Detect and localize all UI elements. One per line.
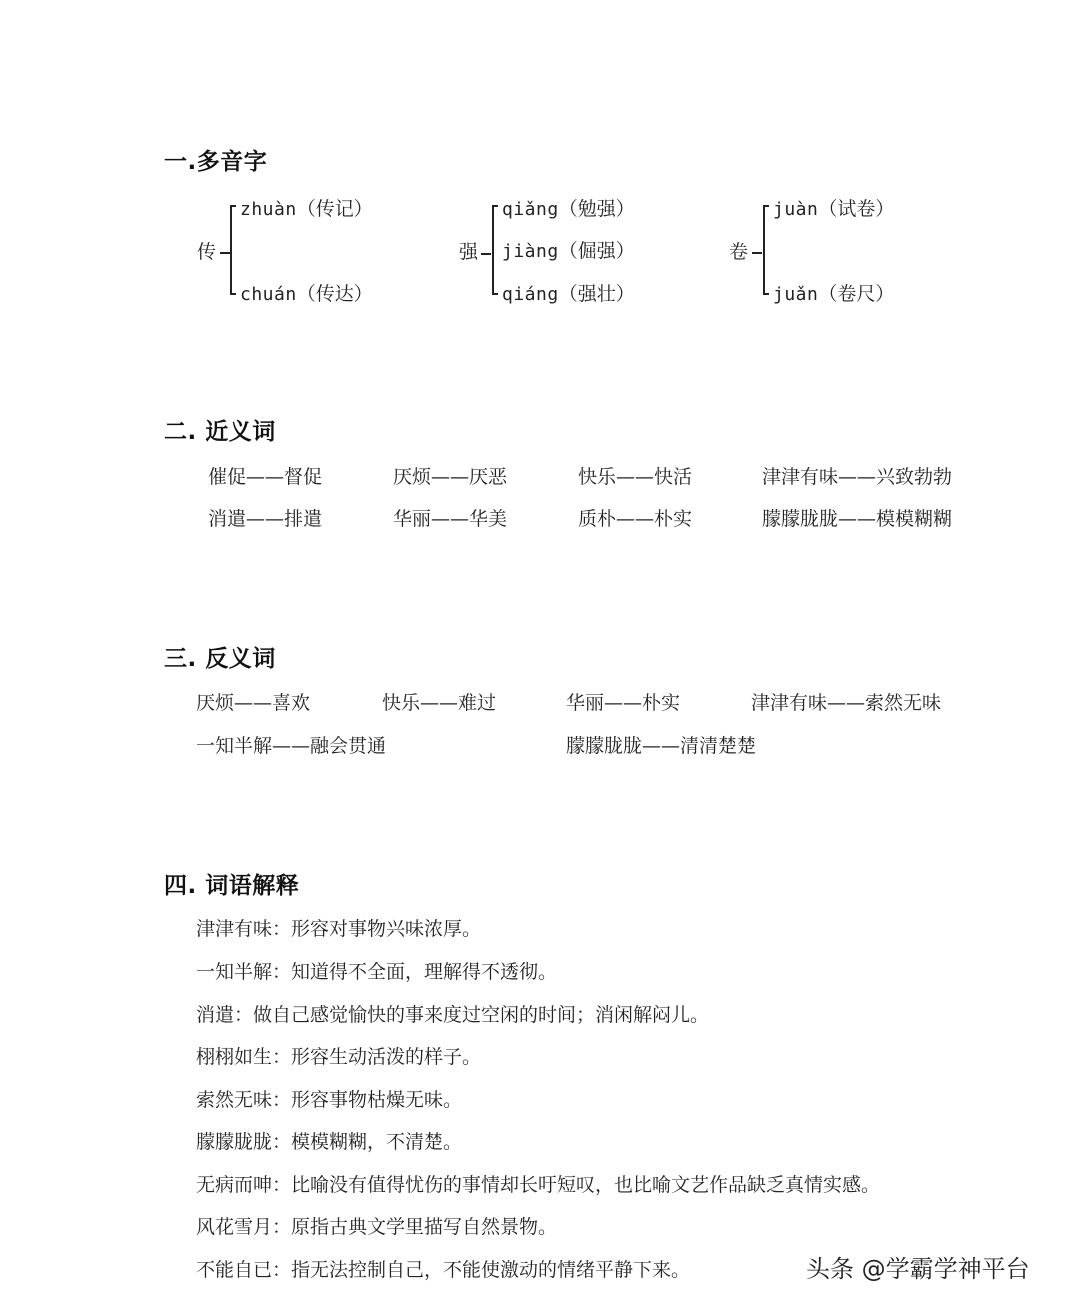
brace-bracket [492,205,500,295]
definition-item: 一知半解：知道得不全面，理解得不透彻。 [196,960,557,984]
synonym-pair: 质朴——朴实 [578,507,692,531]
brace-tick [230,293,236,295]
synonym-pair: 快乐——快活 [578,465,692,489]
brace-tick [230,205,236,207]
antonym-pair: 朦朦胧胧——清清楚楚 [566,734,756,758]
polyphone-char: 传 [197,240,216,264]
section-heading-antonyms: 三. 反义词 [164,640,276,673]
definition-item: 栩栩如生：形容生动活泼的样子。 [196,1045,481,1069]
brace-tick [763,205,769,207]
brace-tick [492,205,498,207]
polyphone-reading: zhuàn（传记） [240,197,373,222]
section-heading-definitions: 四. 词语解释 [164,867,299,900]
antonym-pair: 厌烦——喜欢 [196,691,310,715]
polyphone-reading: jiàng（倔强） [502,239,635,264]
antonym-pair: 津津有味——索然无味 [751,691,941,715]
polyphone-char: 卷 [729,240,748,264]
definition-item: 不能自已：指无法控制自己，不能使激动的情绪平静下来。 [196,1258,690,1282]
polyphone-reading: juàn（试卷） [773,197,894,222]
definition-item: 无病而呻：比喻没有值得忧伤的事情却长吁短叹，也比喻文艺作品缺乏真情实感。 [196,1173,880,1197]
brace-tick [763,293,769,295]
section-heading-polyphones: 一.多音字 [164,143,267,176]
polyphone-char: 强 [459,240,478,264]
polyphone-reading: chuán（传达） [240,282,373,307]
brace-bracket [230,205,238,295]
antonym-pair: 快乐——难过 [382,691,496,715]
synonym-pair: 津津有味——兴致勃勃 [762,465,952,489]
synonym-pair: 催促——督促 [208,465,322,489]
definition-item: 索然无味：形容事物枯燥无味。 [196,1088,462,1112]
watermark: 头条 @学霸学神平台 [806,1249,1030,1284]
synonym-pair: 厌烦——厌恶 [393,465,507,489]
brace-tick [492,293,498,295]
brace-stem [752,252,762,254]
polyphone-reading: juǎn（卷尺） [773,282,894,307]
antonym-pair: 一知半解——融会贯通 [196,734,386,758]
synonym-pair: 朦朦胧胧——模模糊糊 [762,507,952,531]
definition-item: 消遣：做自己感觉愉快的事来度过空闲的时间；消闲解闷儿。 [196,1003,709,1027]
section-heading-synonyms: 二. 近义词 [164,413,276,446]
polyphone-reading: qiáng（强壮） [502,282,635,307]
definition-item: 风花雪月：原指古典文学里描写自然景物。 [196,1215,557,1239]
antonym-pair: 华丽——朴实 [566,691,680,715]
brace-stem [481,253,491,255]
synonym-pair: 华丽——华美 [393,507,507,531]
definition-item: 朦朦胧胧：模模糊糊，不清楚。 [196,1130,462,1154]
synonym-pair: 消遣——排遣 [208,507,322,531]
brace-bracket [763,205,771,295]
polyphone-reading: qiǎng（勉强） [502,197,635,222]
brace-stem [220,252,230,254]
definition-item: 津津有味：形容对事物兴味浓厚。 [196,917,481,941]
